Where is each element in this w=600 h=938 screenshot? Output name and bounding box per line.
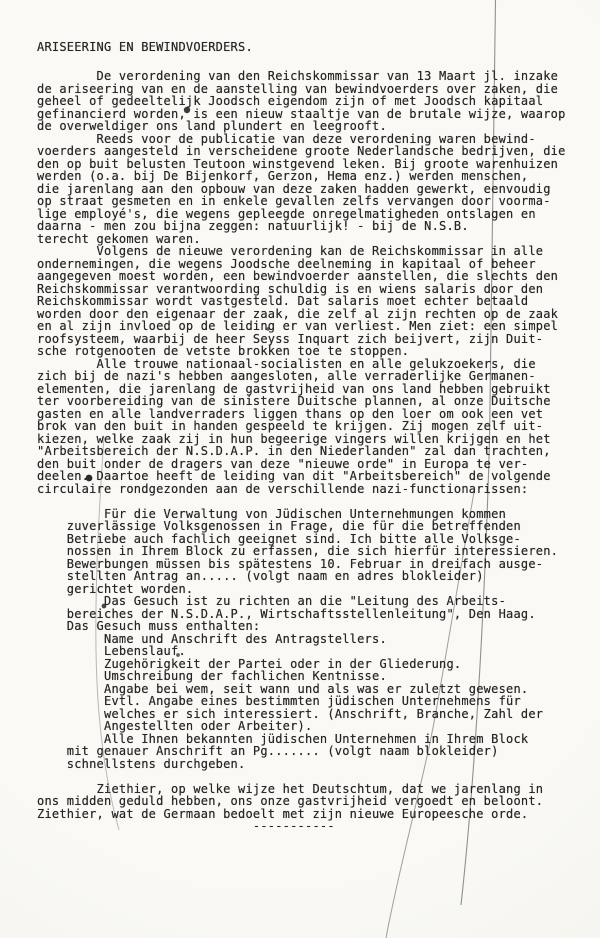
document-page: ARISEERING EN BEWINDVOERDERS. De verorde… bbox=[0, 0, 600, 938]
document-title: ARISEERING EN BEWINDVOERDERS. bbox=[37, 41, 253, 54]
document-body-text: De verordening van den Reichskommissar v… bbox=[37, 70, 566, 833]
